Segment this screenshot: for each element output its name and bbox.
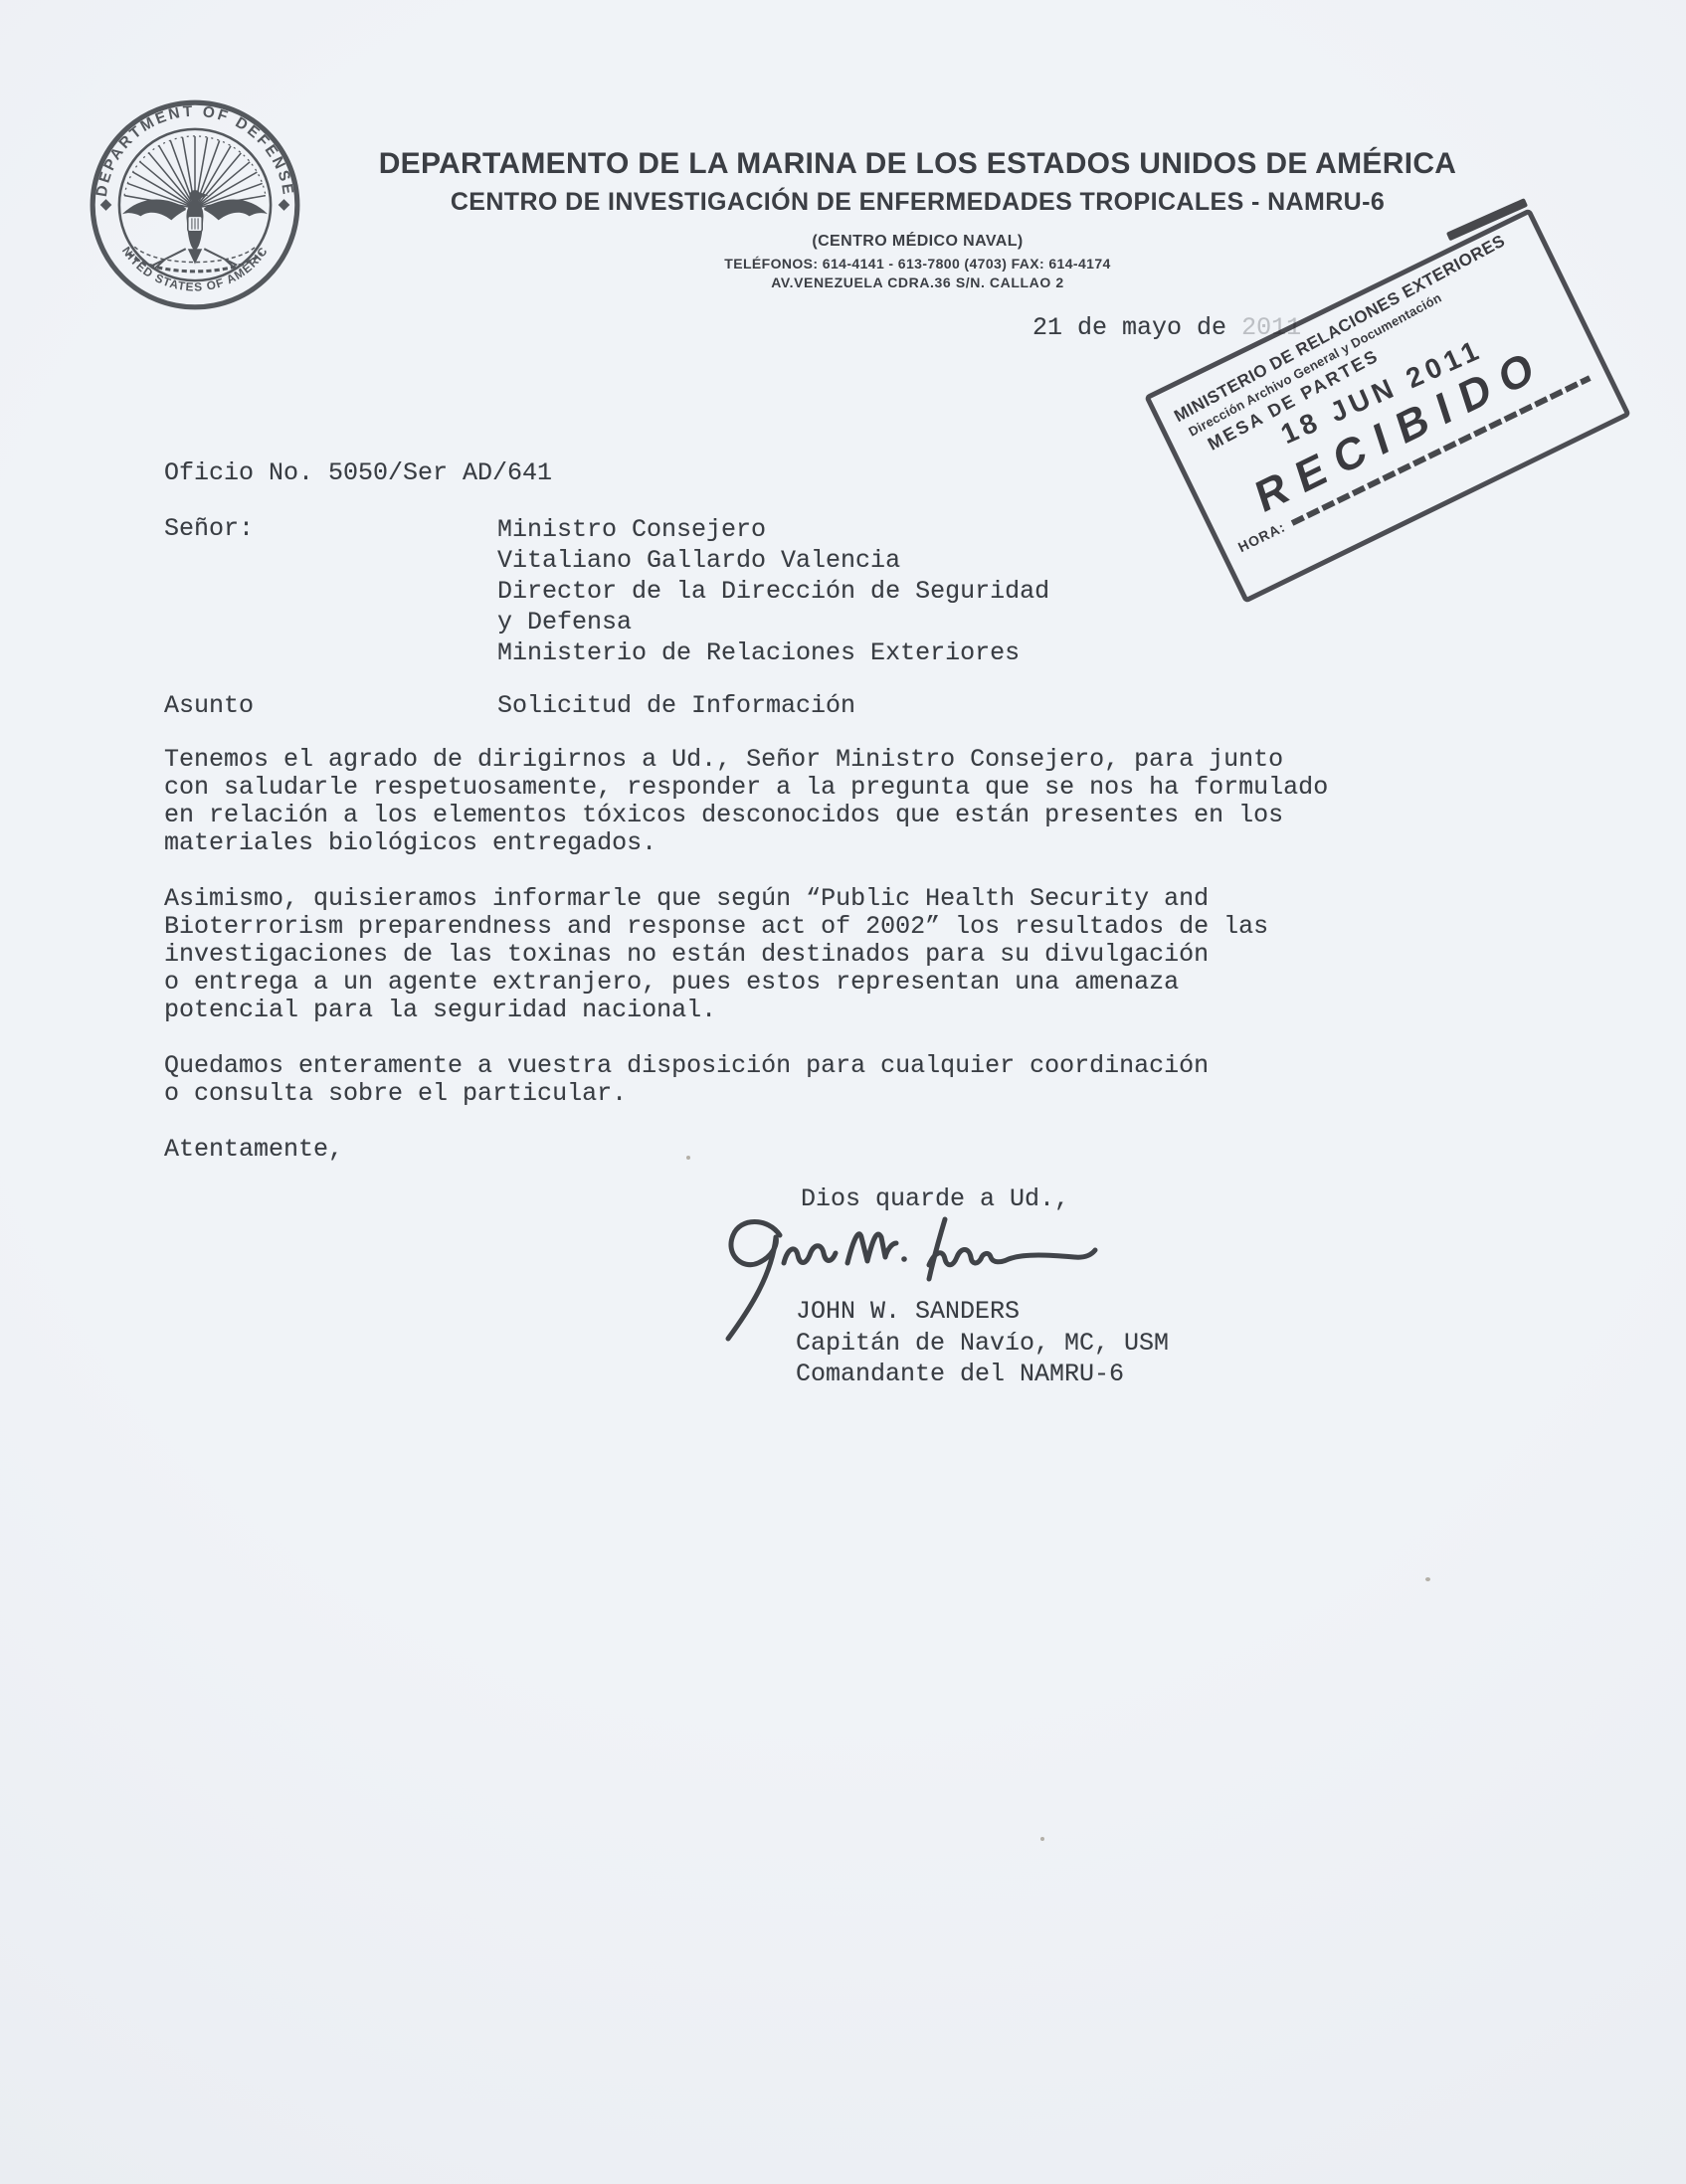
senor-label: Señor: xyxy=(164,515,254,543)
paragraph-3: Quedamos enteramente a vuestra disposici… xyxy=(164,1052,1209,1108)
scanned-letter-page: DEPARTMENT OF DEFENSE UNITED STATES OF A… xyxy=(0,0,1686,2184)
closing: Atentamente, xyxy=(164,1136,343,1164)
signer-title-rank: Capitán de Navío, MC, USM xyxy=(796,1330,1169,1358)
date-visible: 21 de mayo de xyxy=(1032,313,1226,342)
paragraph-2: Asimismo, quisieramos informarle que seg… xyxy=(164,885,1268,1024)
scan-speck xyxy=(686,1156,690,1160)
letterhead-subtitle: (CENTRO MÉDICO NAVAL) xyxy=(298,233,1537,251)
paragraph-1: Tenemos el agrado de dirigirnos a Ud., S… xyxy=(164,746,1328,857)
department-of-defense-seal-icon: DEPARTMENT OF DEFENSE UNITED STATES OF A… xyxy=(88,97,302,312)
signer-name: JOHN W. SANDERS xyxy=(796,1298,1020,1326)
letterhead-title-line2: CENTRO DE INVESTIGACIÓN DE ENFERMEDADES … xyxy=(298,188,1537,217)
letterhead-address: AV.VENEZUELA CDRA.36 S/N. CALLAO 2 xyxy=(298,274,1537,290)
asunto-label: Asunto xyxy=(164,692,254,720)
recipient-block: Ministro Consejero Vitaliano Gallardo Va… xyxy=(497,514,1049,668)
scan-speck xyxy=(1425,1577,1430,1581)
scan-speck xyxy=(1040,1837,1044,1841)
asunto-value: Solicitud de Información xyxy=(497,692,855,720)
oficio-number: Oficio No. 5050/Ser AD/641 xyxy=(164,459,552,487)
signer-title-command: Comandante del NAMRU-6 xyxy=(796,1361,1124,1388)
letterhead-phones: TELÉFONOS: 614-4141 - 613-7800 (4703) FA… xyxy=(298,256,1537,272)
letterhead: DEPARTAMENTO DE LA MARINA DE LOS ESTADOS… xyxy=(298,147,1537,290)
letterhead-title-line1: DEPARTAMENTO DE LA MARINA DE LOS ESTADOS… xyxy=(298,147,1537,181)
